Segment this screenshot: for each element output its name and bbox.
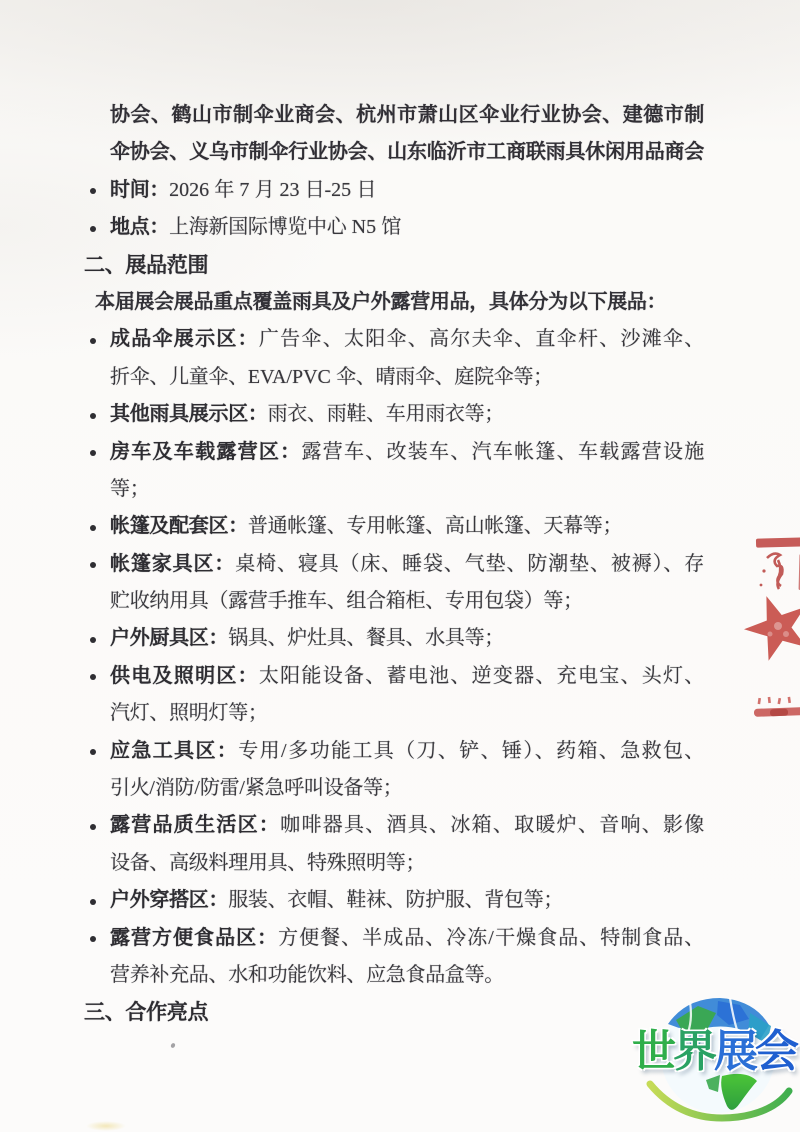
- bullet-icon: [90, 413, 96, 419]
- bullet-item: 露营品质生活区：咖啡器具、酒具、冰箱、取暖炉、音响、影像: [84, 807, 704, 844]
- bullet-icon: [90, 749, 96, 755]
- line-text: 广告伞、太阳伞、高尔夫伞、直伞杆、沙滩伞、: [259, 328, 704, 350]
- bullet-item: 地点：上海新国际博览中心 N5 馆: [84, 209, 704, 246]
- text-line: 伞协会、义乌市制伞行业协会、山东临沂市工商联雨具休闲用品商会: [84, 134, 704, 171]
- line-text: 折伞、儿童伞、EVA/PVC 伞、晴雨伞、庭院伞等；: [110, 366, 553, 388]
- logo-char: 界: [673, 1027, 714, 1076]
- category-label: 供电及照明区：: [110, 665, 259, 687]
- category-label: 时间：: [110, 179, 169, 201]
- line-text: 等；: [110, 478, 149, 500]
- latin-text: EVA/PVC: [248, 366, 331, 388]
- line-text: 上海新国际博览中心 N5 馆: [169, 216, 401, 238]
- intro-line: 本届展会展品重点覆盖雨具及户外露营用品，具体分为以下展品：: [84, 284, 704, 321]
- bullet-item: 时间：2026 年 7 月 23 日-25 日: [84, 172, 704, 209]
- line-text: 锅具、炉灶具、餐具、水具等；: [228, 627, 504, 649]
- category-label: 户外厨具区：: [110, 627, 228, 649]
- latin-text: -25: [325, 179, 352, 201]
- line-text: 普通帐篷、专用帐篷、高山帐篷、天幕等；: [248, 515, 622, 537]
- category-label: 应急工具区：: [110, 740, 238, 762]
- logo-char: 会: [755, 1027, 796, 1076]
- logo-char: 展: [714, 1027, 755, 1076]
- bullet-item: 成品伞展示区：广告伞、太阳伞、高尔夫伞、直伞杆、沙滩伞、: [84, 321, 704, 358]
- scan-smudge: [86, 1121, 126, 1131]
- bullet-icon: [90, 936, 96, 942]
- bullet-icon: [90, 637, 96, 643]
- latin-text: 23: [280, 179, 300, 201]
- bullet-icon: [90, 674, 96, 680]
- line-text: 本届展会展品重点覆盖雨具及户外露营用品，具体分为以下展品：: [95, 291, 666, 313]
- bullet-icon: [90, 525, 96, 531]
- bullet-icon: [90, 824, 96, 830]
- bullet-icon: [90, 226, 96, 232]
- section-heading: 三、合作亮点: [84, 994, 704, 1031]
- latin-text: 2026: [169, 179, 209, 201]
- text-line: 营养补充品、水和功能饮料、应急食品盒等。: [84, 957, 704, 994]
- bullet-icon: [90, 450, 96, 456]
- text-line: 等；: [84, 471, 704, 508]
- latin-text: /: [488, 927, 494, 949]
- category-label: 帐篷家具区：: [110, 553, 235, 575]
- line-text: 雨衣、雨鞋、车用雨衣等；: [268, 403, 504, 425]
- bullet-icon: [90, 188, 96, 194]
- line-text: 设备、高级料理用具、特殊照明等；: [110, 852, 425, 874]
- line-text: 2026 年 7 月 23 日-25 日: [169, 179, 376, 201]
- line-text: 露营车、改装车、汽车帐篷、车载露营设施: [301, 441, 704, 463]
- line-text: 汽灯、照明灯等；: [110, 702, 268, 724]
- bullet-item: 房车及车载露营区：露营车、改装车、汽车帐篷、车载露营设施: [84, 434, 704, 471]
- seal-date-marks-icon: [758, 697, 791, 704]
- category-label: 露营品质生活区：: [110, 814, 280, 836]
- line-text: 营养补充品、水和功能饮料、应急食品盒等。: [110, 964, 504, 986]
- bullet-item: 户外厨具区：锅具、炉灶具、餐具、水具等；: [84, 620, 704, 657]
- text-line: 贮收纳用具（露营手推车、组合箱柜、专用包袋）等；: [84, 583, 704, 620]
- latin-text: N5: [352, 216, 376, 238]
- document-body: 协会、鹤山市制伞业商会、杭州市萧山区伞业行业协会、建德市制伞协会、义乌市制伞行业…: [84, 97, 704, 1032]
- text-line: 设备、高级料理用具、特殊照明等；: [84, 845, 704, 882]
- section-heading: 二、展品范围: [84, 247, 704, 284]
- latin-text: /: [194, 777, 200, 799]
- line-text: 引火/消防/防雷/紧急呼叫设备等；: [110, 777, 403, 799]
- line-text: 咖啡器具、酒具、冰箱、取暖炉、音响、影像: [280, 814, 704, 836]
- bullet-item: 应急工具区：专用/多功能工具（刀、铲、锤）、药箱、急救包、: [84, 733, 704, 770]
- line-text: 服装、衣帽、鞋袜、防护服、背包等；: [228, 889, 563, 911]
- bullet-item: 帐篷及配套区：普通帐篷、专用帐篷、高山帐篷、天幕等；: [84, 508, 704, 545]
- red-seal-stamp: [740, 530, 800, 728]
- category-label: 房车及车载露营区：: [110, 441, 301, 463]
- scanned-document-page: 协会、鹤山市制伞业商会、杭州市萧山区伞业行业协会、建德市制伞协会、义乌市制伞行业…: [0, 0, 800, 1132]
- line-text: 方便餐、半成品、冷冻/干燥食品、特制食品、: [278, 927, 704, 949]
- category-label: 其他雨具展示区：: [110, 403, 268, 425]
- bullet-icon: [90, 562, 96, 568]
- category-label: 帐篷及配套区：: [110, 515, 248, 537]
- logo-char: 世: [632, 1027, 673, 1076]
- category-label: 露营方便食品区：: [110, 927, 278, 949]
- scan-speck: [170, 1042, 176, 1048]
- line-text: 太阳能设备、蓄电池、逆变器、充电宝、头灯、: [259, 665, 704, 687]
- line-text: 三、合作亮点: [84, 1001, 208, 1024]
- latin-text: /: [239, 777, 245, 799]
- category-label: 户外穿搭区：: [110, 889, 228, 911]
- bullet-item: 供电及照明区：太阳能设备、蓄电池、逆变器、充电宝、头灯、: [84, 658, 704, 695]
- line-text: 贮收纳用具（露营手推车、组合箱柜、专用包袋）等；: [110, 590, 583, 612]
- text-line: 引火/消防/防雷/紧急呼叫设备等；: [84, 770, 704, 807]
- latin-text: 7: [239, 179, 249, 201]
- world-expo-logo: 世界展会: [628, 988, 800, 1130]
- seal-bar-icon: [756, 537, 800, 547]
- text-line: 折伞、儿童伞、EVA/PVC 伞、晴雨伞、庭院伞等；: [84, 359, 704, 396]
- seal-character-icon: [760, 554, 800, 591]
- line-text: 协会、鹤山市制伞业商会、杭州市萧山区伞业行业协会、建德市制: [110, 104, 704, 126]
- line-text: 桌椅、寝具（床、睡袋、气垫、防潮垫、被褥）、存: [235, 553, 704, 575]
- bullet-item: 帐篷家具区：桌椅、寝具（床、睡袋、气垫、防潮垫、被褥）、存: [84, 546, 704, 583]
- logo-text: 世界展会: [626, 1028, 800, 1076]
- star-icon: [744, 596, 800, 661]
- category-label: 成品伞展示区：: [110, 328, 259, 350]
- line-text: 二、展品范围: [84, 254, 208, 277]
- line-text: 伞协会、义乌市制伞行业协会、山东临沂市工商联雨具休闲用品商会: [110, 141, 704, 163]
- category-label: 地点：: [110, 216, 169, 238]
- text-line: 协会、鹤山市制伞业商会、杭州市萧山区伞业行业协会、建德市制: [84, 97, 704, 134]
- seal-smudge-icon: [754, 707, 800, 717]
- text-line: 汽灯、照明灯等；: [84, 695, 704, 732]
- latin-text: /: [149, 777, 155, 799]
- bullet-item: 户外穿搭区：服装、衣帽、鞋袜、防护服、背包等；: [84, 882, 704, 919]
- bullet-item: 露营方便食品区：方便餐、半成品、冷冻/干燥食品、特制食品、: [84, 920, 704, 957]
- bullet-item: 其他雨具展示区：雨衣、雨鞋、车用雨衣等；: [84, 396, 704, 433]
- bullet-icon: [90, 899, 96, 905]
- bullet-icon: [90, 338, 96, 344]
- latin-text: /: [281, 740, 287, 762]
- line-text: 专用/多功能工具（刀、铲、锤）、药箱、急救包、: [238, 740, 704, 762]
